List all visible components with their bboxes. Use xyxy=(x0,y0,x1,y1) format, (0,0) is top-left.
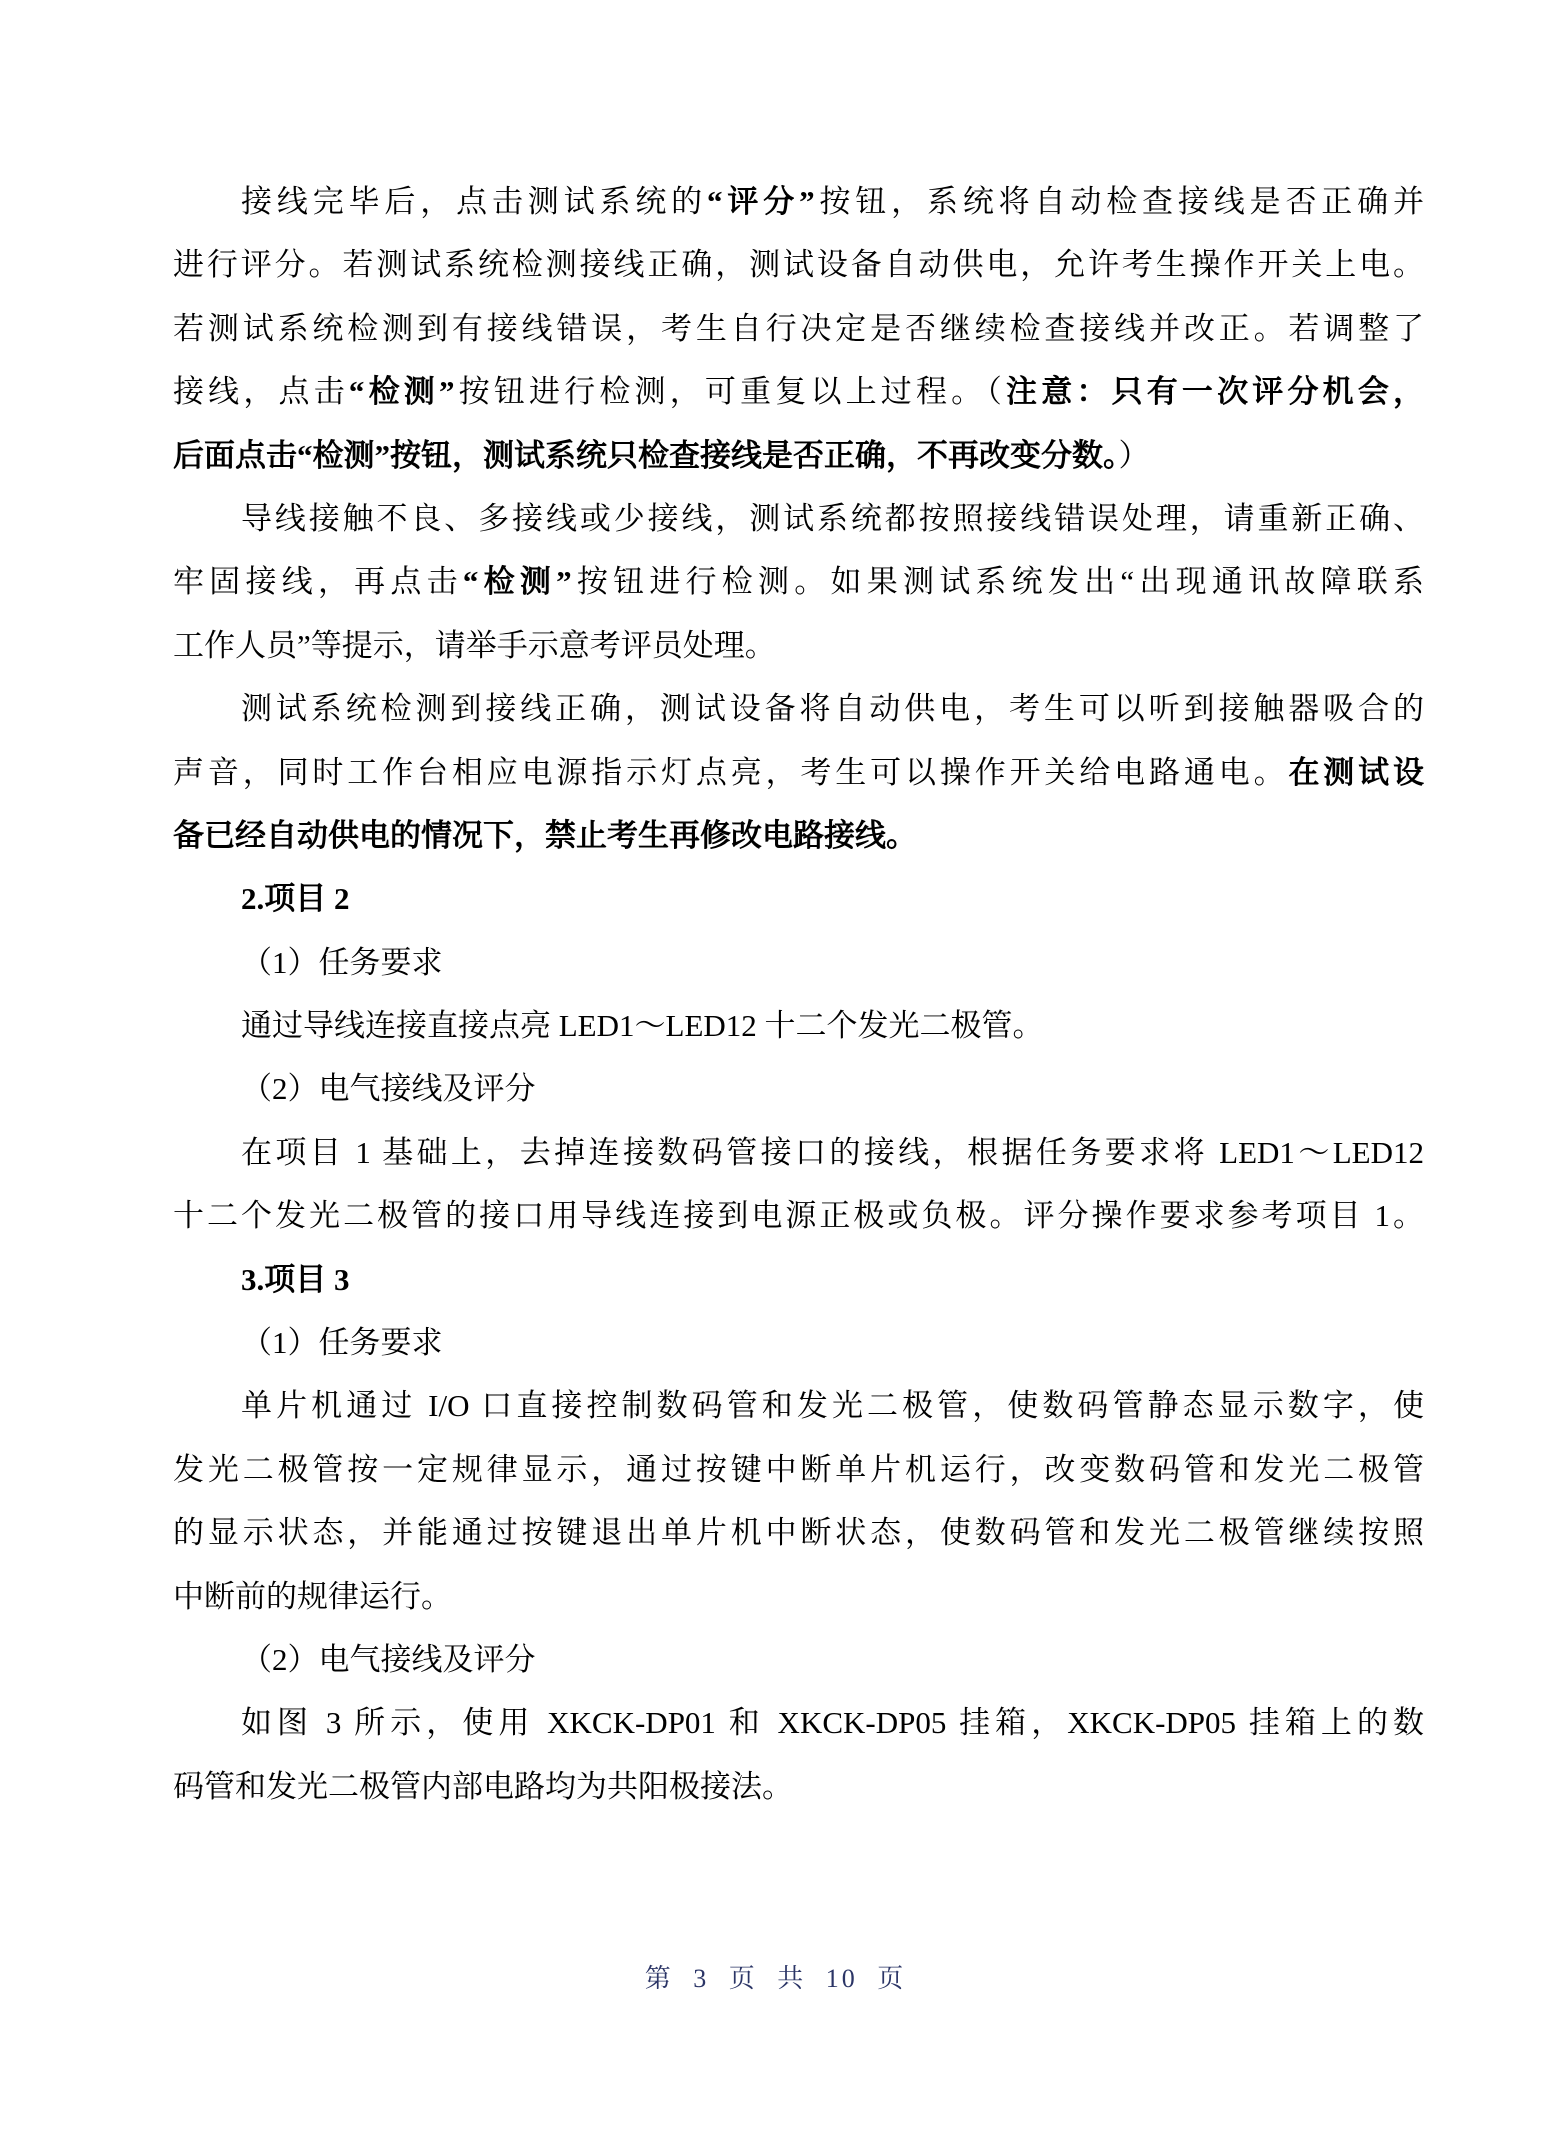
text-line: 后面点击“检测”按钮，测试系统只检查接线是否正确，不再改变分数。） xyxy=(173,424,1424,487)
text-line: 导线接触不良、多接线或少接线，测试系统都按照接线错误处理，请重新正确、 xyxy=(173,487,1424,550)
document-body: 接线完毕后，点击测试系统的“评分”按钮，系统将自动检查接线是否正确并进行评分。若… xyxy=(173,170,1424,1818)
text-segment: 如图 3 所示，使用 XKCK-DP01 和 XKCK-DP05 挂箱，XKCK… xyxy=(241,1705,1424,1740)
text-segment: 若测试系统检测到有接线错误，考生自行决定是否继续检查接线并改正。若调整了 xyxy=(173,311,1424,346)
text-segment: 按钮进行检测，可重复以上过程。（ xyxy=(454,374,1006,409)
text-segment: 发光二极管按一定规律显示，通过按键中断单片机运行，改变数码管和发光二极管 xyxy=(173,1452,1424,1487)
text-segment: 十二个发光二极管的接口用导线连接到电源正极或负极。评分操作要求参考项目 1。 xyxy=(173,1198,1424,1233)
bold-text-segment: 2.项目 2 xyxy=(241,881,350,916)
text-segment: （2）电气接线及评分 xyxy=(241,1071,536,1106)
text-segment: 工作人员”等提示，请举手示意考评员处理。 xyxy=(173,628,776,663)
text-line: 接线完毕后，点击测试系统的“评分”按钮，系统将自动检查接线是否正确并 xyxy=(173,170,1424,233)
text-line: 中断前的规律运行。 xyxy=(173,1565,1424,1628)
text-segment: 单片机通过 I/O 口直接控制数码管和发光二极管，使数码管静态显示数字，使 xyxy=(241,1388,1424,1423)
text-segment: （1）任务要求 xyxy=(241,945,443,980)
bold-text-segment: 注意：只有一次评分机会， xyxy=(1006,374,1424,409)
text-line: 若测试系统检测到有接线错误，考生自行决定是否继续检查接线并改正。若调整了 xyxy=(173,297,1424,360)
text-segment: 在项目 1 基础上，去掉连接数码管接口的接线，根据任务要求将 LED1～LED1… xyxy=(241,1135,1424,1170)
text-line: 进行评分。若测试系统检测接线正确，测试设备自动供电，允许考生操作开关上电。 xyxy=(173,233,1424,296)
text-segment: 通过导线连接直接点亮 LED1～LED12 十二个发光二极管。 xyxy=(241,1008,1044,1043)
bold-text-segment: 3.项目 3 xyxy=(241,1262,350,1297)
text-line: 在项目 1 基础上，去掉连接数码管接口的接线，根据任务要求将 LED1～LED1… xyxy=(173,1121,1424,1184)
text-line: 2.项目 2 xyxy=(173,867,1424,930)
text-segment: 按钮进行检测。如果测试系统发出“出现通讯故障联系 xyxy=(572,564,1424,599)
text-segment: （1）任务要求 xyxy=(241,1325,443,1360)
text-line: 牢固接线，再点击“检测”按钮进行检测。如果测试系统发出“出现通讯故障联系 xyxy=(173,550,1424,613)
text-segment: 按钮，系统将自动检查接线是否正确并 xyxy=(815,184,1424,219)
text-line: （2）电气接线及评分 xyxy=(173,1057,1424,1120)
text-line: 十二个发光二极管的接口用导线连接到电源正极或负极。评分操作要求参考项目 1。 xyxy=(173,1184,1424,1247)
text-line: （1）任务要求 xyxy=(173,1311,1424,1374)
bold-text-segment: “检测” xyxy=(349,374,455,409)
text-segment: ） xyxy=(1119,438,1150,473)
text-segment: 测试系统检测到接线正确，测试设备将自动供电，考生可以听到接触器吸合的 xyxy=(241,691,1424,726)
text-segment: 进行评分。若测试系统检测接线正确，测试设备自动供电，允许考生操作开关上电。 xyxy=(173,247,1424,282)
text-segment: 声音，同时工作台相应电源指示灯点亮，考生可以操作开关给电路通电。 xyxy=(173,755,1288,790)
text-segment: 导线接触不良、多接线或少接线，测试系统都按照接线错误处理，请重新正确、 xyxy=(241,501,1424,536)
text-segment: 接线，点击 xyxy=(173,374,349,409)
bold-text-segment: 在测试设 xyxy=(1288,755,1424,790)
bold-text-segment: “检测” xyxy=(463,564,572,599)
text-line: 发光二极管按一定规律显示，通过按键中断单片机运行，改变数码管和发光二极管 xyxy=(173,1438,1424,1501)
text-line: 测试系统检测到接线正确，测试设备将自动供电，考生可以听到接触器吸合的 xyxy=(173,677,1424,740)
text-line: 工作人员”等提示，请举手示意考评员处理。 xyxy=(173,614,1424,677)
text-line: 接线，点击“检测”按钮进行检测，可重复以上过程。（注意：只有一次评分机会， xyxy=(173,360,1424,423)
text-line: 的显示状态，并能通过按键退出单片机中断状态，使数码管和发光二极管继续按照 xyxy=(173,1501,1424,1564)
bold-text-segment: 后面点击“检测”按钮，测试系统只检查接线是否正确，不再改变分数。 xyxy=(173,438,1119,473)
bold-text-segment: “评分” xyxy=(707,184,815,219)
text-line: 声音，同时工作台相应电源指示灯点亮，考生可以操作开关给电路通电。在测试设 xyxy=(173,741,1424,804)
text-line: （1）任务要求 xyxy=(173,931,1424,994)
text-segment: 码管和发光二极管内部电路均为共阳极接法。 xyxy=(173,1769,793,1804)
text-line: 通过导线连接直接点亮 LED1～LED12 十二个发光二极管。 xyxy=(173,994,1424,1057)
text-segment: （2）电气接线及评分 xyxy=(241,1642,536,1677)
text-segment: 牢固接线，再点击 xyxy=(173,564,463,599)
text-segment: 中断前的规律运行。 xyxy=(173,1579,452,1614)
document-page: 接线完毕后，点击测试系统的“评分”按钮，系统将自动检查接线是否正确并进行评分。若… xyxy=(0,0,1551,2151)
bold-text-segment: 备已经自动供电的情况下，禁止考生再修改电路接线。 xyxy=(173,818,917,853)
text-line: 单片机通过 I/O 口直接控制数码管和发光二极管，使数码管静态显示数字，使 xyxy=(173,1374,1424,1437)
text-line: （2）电气接线及评分 xyxy=(173,1628,1424,1691)
text-line: 备已经自动供电的情况下，禁止考生再修改电路接线。 xyxy=(173,804,1424,867)
text-segment: 的显示状态，并能通过按键退出单片机中断状态，使数码管和发光二极管继续按照 xyxy=(173,1515,1424,1550)
page-number-footer: 第 3 页 共 10 页 xyxy=(0,1958,1551,1995)
text-segment: 接线完毕后，点击测试系统的 xyxy=(241,184,707,219)
text-line: 码管和发光二极管内部电路均为共阳极接法。 xyxy=(173,1755,1424,1818)
text-line: 3.项目 3 xyxy=(173,1248,1424,1311)
text-line: 如图 3 所示，使用 XKCK-DP01 和 XKCK-DP05 挂箱，XKCK… xyxy=(173,1691,1424,1754)
